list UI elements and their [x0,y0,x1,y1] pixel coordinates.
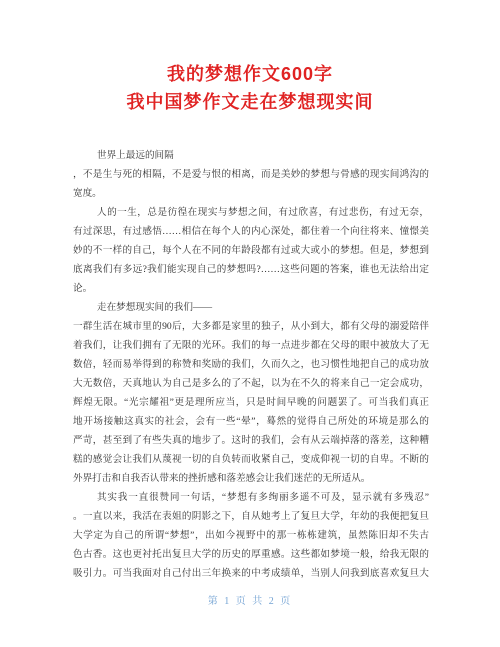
body-line: 其实我一直很赞同一句话，“梦想有多绚丽多遥不可及，显示就有多残忍” [73,488,429,507]
page-title: 我的梦想作文600字 我中国梦作文走在梦想现实间 [0,60,500,116]
body-line: 大学定为自己的所谓“梦想”，出如今视野中的那一栋栋建筑，虽然陈旧却不失古 [73,526,429,545]
body-line: 色古香。这也更衬托出复旦大学的历史的厚重感。这些都如梦境一般，给我无限的 [73,545,429,564]
body-line: 底离我们有多远?我们能实现自己的梦想吗?……这些问题的答案，谁也无法给出定 [73,260,429,279]
body-line: 数倍，轻而易举得到的称赞和奖励的我们，久而久之，也习惯性地把自己的成功放 [73,355,429,374]
body-line: 吸引力。可当我面对自己付出三年换来的中考成绩单，当别人问我到底喜欢复旦大 [73,564,429,583]
body-line: 地开场接触这真实的社会，会有一些“晕”，蓦然的觉得自己所处的环境是那么的 [73,412,429,431]
body-line: 世界上最远的间隔 [73,146,429,165]
body-line: 走在梦想现实间的我们—— [73,298,429,317]
body-line: 糕的感觉会让我们从蔑视一切的自负转而收紧自己，变成仰视一切的自卑。不断的 [73,450,429,469]
body-line: 宽度。 [73,184,429,203]
page-title-line-1: 我的梦想作文600字 [0,60,500,88]
body-line: 辉煌无限。“光宗耀祖”更是理所应当，只是时间早晚的问题罢了。可当我们真正 [73,393,429,412]
body-line: 严苛，甚至到了有些失真的地步了。这时的我们，会有从云端掉落的落差，这种糟 [73,431,429,450]
body-line: 大无数倍，天真地认为自己是多么的了不起，以为在不久的将来自己一定会成功， [73,374,429,393]
body-line: 妙的不一样的自己，每个人在不同的年龄段都有过或大或小的梦想。但是，梦想到 [73,241,429,260]
body-line: 有过深思，有过感悟……相信在每个人的内心深处，都住着一个向往将来、憧憬美 [73,222,429,241]
body-line: 。一直以来，我活在表姐的阴影之下，自从她考上了复旦大学，年幼的我便把复旦 [73,507,429,526]
body-line: 外界打击和自我否认带来的挫折感和落差感会让我们迷茫的无所适从。 [73,469,429,488]
body-line: 人的一生，总是彷徨在现实与梦想之间，有过欣喜，有过悲伤，有过无奈， [73,203,429,222]
body-line: 一群生活在城市里的90后，大多都是家里的独子，从小到大，都有父母的溺爱陪伴 [73,317,429,336]
page-footer: 第 1 页 共 2 页 [0,595,500,609]
body-line: ，不是生与死的相隔，不是爱与恨的相离，而是美妙的梦想与骨感的现实间鸿沟的 [73,165,429,184]
document-page: 我的梦想作文600字 我中国梦作文走在梦想现实间 世界上最远的间隔，不是生与死的… [0,0,500,647]
body-line: 论。 [73,279,429,298]
essay-body: 世界上最远的间隔，不是生与死的相隔，不是爱与恨的相离，而是美妙的梦想与骨感的现实… [73,146,429,583]
page-title-line-2: 我中国梦作文走在梦想现实间 [0,88,500,116]
body-line: 着我们，让我们拥有了无限的光环。我们的每一点进步都在父母的眼中被放大了无 [73,336,429,355]
